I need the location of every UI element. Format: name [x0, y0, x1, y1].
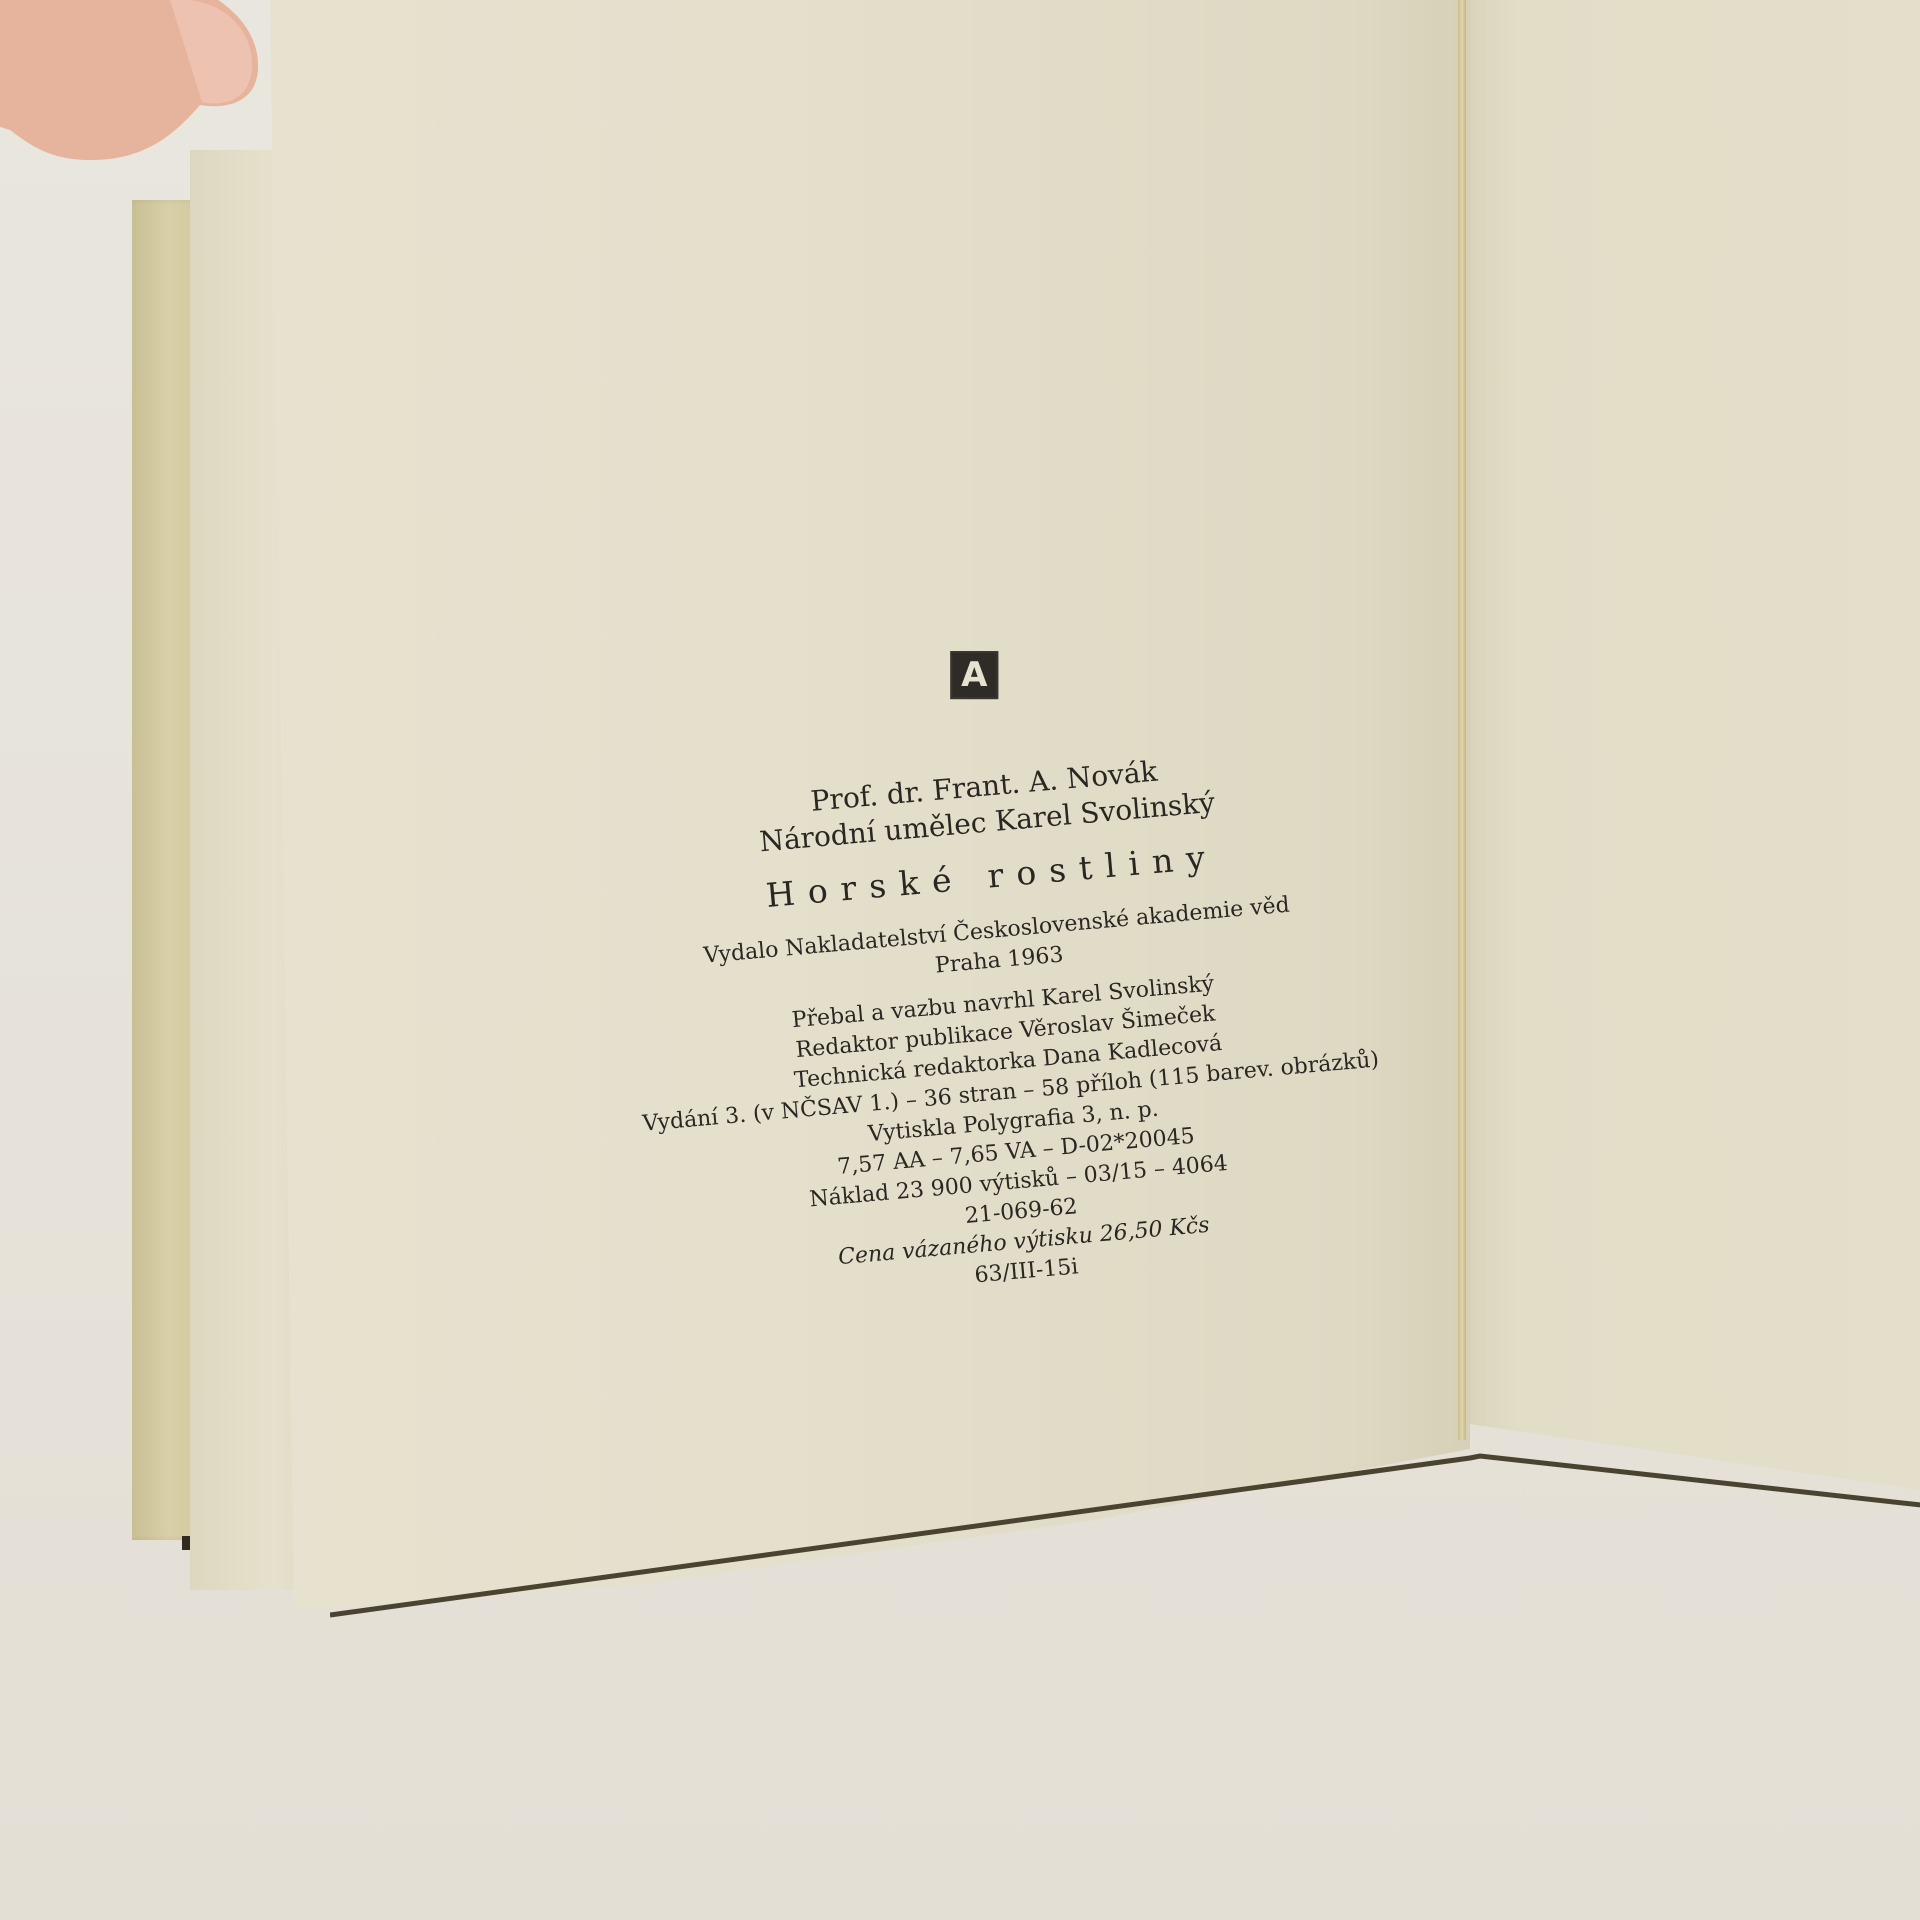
right-page: [1462, 0, 1920, 1490]
publisher-logo: A: [950, 651, 998, 699]
photo-scene: A Prof. dr. Frant. A. Novák Národní uměl…: [0, 0, 1920, 1920]
imprint-block: A Prof. dr. Frant. A. Novák Národní uměl…: [534, 613, 1466, 1325]
hand-holding-page: [0, 0, 320, 230]
